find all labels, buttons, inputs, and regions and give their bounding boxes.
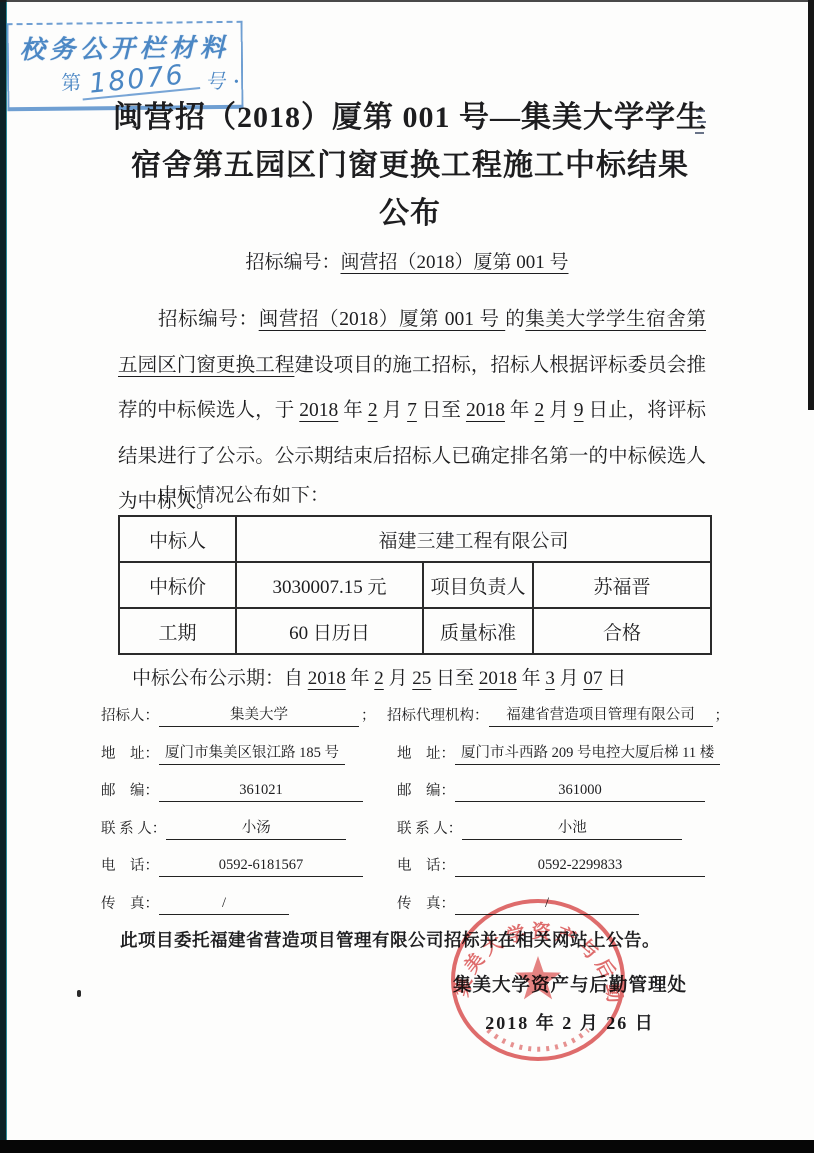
publicity-date-underlined: 2018: [308, 668, 346, 689]
contact-label: 招标人：: [101, 706, 159, 727]
contact-zip-left: 邮 编： 361021: [101, 780, 397, 802]
body-seg: 日至: [417, 400, 466, 421]
publicity-date-underlined: 2018: [479, 668, 517, 689]
stamp-number-prefix: 第: [61, 66, 81, 95]
contact-value: 厦门市斗西路 209 号电控大厦后梯 11 楼: [455, 743, 720, 765]
contact-label: 联 系 人：: [397, 819, 462, 840]
contact-row: 招标人： 集美大学 ； 招标代理机构： 福建省营造项目管理有限公司 ；: [101, 705, 729, 727]
stamp-dot: ·: [233, 71, 240, 94]
body-seg: 年: [505, 400, 535, 421]
scan-edge-bottom: [0, 1140, 814, 1153]
announce-line: 中标情况公布如下：: [158, 480, 329, 507]
publicity-date-underlined: 07: [583, 668, 602, 689]
seal-star-icon: [515, 956, 561, 999]
publicity-date-underlined: 3: [545, 668, 555, 689]
winner-label-cell: 中标人: [119, 516, 236, 562]
official-seal: 集美大学资产与后勤管理处: [446, 896, 630, 1066]
contact-value: 361021: [159, 780, 363, 802]
contact-agency: 招标代理机构： 福建省营造项目管理有限公司 ；: [387, 705, 729, 727]
body-date-underlined: 2018: [299, 400, 338, 421]
registry-stamp-number-line: 第 18076 号 ·: [9, 65, 241, 96]
contact-value: 福建省营造项目管理有限公司: [489, 705, 713, 727]
publicity-seg: 月: [384, 668, 413, 689]
scan-edge-top: [0, 0, 814, 2]
publicity-date-underlined: 2: [374, 668, 384, 689]
contact-value: 0592-2299833: [455, 855, 705, 877]
table-row-price: 中标价 3030007.15 元 项目负责人 苏福晋: [119, 562, 711, 608]
publicity-seg: 中标公布公示期：自: [132, 668, 308, 689]
body-seg: 月: [378, 400, 408, 421]
contact-person-left: 联 系 人： 小汤: [101, 818, 397, 840]
body-date-underlined: 2018: [466, 400, 505, 421]
body-seg-underlined: 闽营招（2018）厦第 001 号: [259, 309, 506, 330]
contact-suffix: ；: [361, 706, 376, 727]
seal-bottom-marks: [488, 1030, 588, 1049]
contact-fax-left: 传 真： /: [101, 893, 397, 915]
duration-value-cell: 60 日历日: [236, 608, 423, 654]
contact-value: 小汤: [166, 818, 346, 840]
contact-label: 传 真：: [101, 894, 159, 915]
contacts-section: 招标人： 集美大学 ； 招标代理机构： 福建省营造项目管理有限公司 ； 地 址：…: [101, 705, 729, 930]
contact-value: /: [159, 893, 289, 915]
price-value-cell: 3030007.15 元: [236, 562, 423, 608]
pm-value-cell: 苏福晋: [533, 562, 711, 608]
contact-tenderer: 招标人： 集美大学 ；: [101, 705, 387, 727]
quality-value-cell: 合格: [533, 608, 711, 654]
contact-row: 传 真： / 传 真： /: [101, 893, 729, 915]
contact-label: 邮 编：: [397, 781, 455, 802]
body-date-underlined: 7: [407, 400, 417, 421]
publicity-seg: 日至: [431, 668, 479, 689]
tender-number-value: 闽营招（2018）厦第 001 号: [341, 252, 569, 273]
body-date-underlined: 2: [535, 400, 545, 421]
title-line-3: 公布: [60, 190, 760, 238]
body-date-underlined: 9: [574, 400, 584, 421]
publicity-seg: 年: [517, 668, 546, 689]
body-date-underlined: 2: [368, 400, 378, 421]
winner-value-cell: 福建三建工程有限公司: [236, 516, 711, 562]
contact-label: 电 话：: [101, 856, 159, 877]
body-seg: 年: [338, 400, 368, 421]
contact-row: 地 址： 厦门市集美区银江路 185 号 地 址： 厦门市斗西路 209 号电控…: [101, 743, 729, 765]
stamp-number-suffix: 号: [205, 65, 225, 94]
contact-row: 联 系 人： 小汤 联 系 人： 小池: [101, 818, 729, 840]
contact-address-left: 地 址： 厦门市集美区银江路 185 号: [101, 743, 397, 765]
tender-number-line: 招标编号：闽营招（2018）厦第 001 号: [0, 247, 814, 274]
title-line-1: 闽营招（2018）厦第 001 号—集美大学学生: [60, 94, 760, 142]
contact-value: 集美大学: [159, 705, 359, 727]
contact-suffix: ；: [715, 706, 730, 727]
contact-phone-left: 电 话： 0592-6181567: [101, 855, 397, 877]
contact-address-right: 地 址： 厦门市斗西路 209 号电控大厦后梯 11 楼: [397, 743, 729, 765]
contact-row: 电 话： 0592-6181567 电 话： 0592-2299833: [101, 855, 729, 877]
contact-value: 厦门市集美区银江路 185 号: [159, 743, 345, 765]
contact-label: 联 系 人：: [101, 819, 166, 840]
contact-value: 0592-6181567: [159, 855, 363, 877]
contact-label: 地 址：: [397, 744, 455, 765]
results-table: 中标人 福建三建工程有限公司 中标价 3030007.15 元 项目负责人 苏福…: [118, 515, 712, 655]
publicity-seg: 年: [346, 668, 375, 689]
table-row-winner: 中标人 福建三建工程有限公司: [119, 516, 711, 562]
contact-phone-right: 电 话： 0592-2299833: [397, 855, 729, 877]
contact-person-right: 联 系 人： 小池: [397, 818, 729, 840]
scan-edge-left: [0, 0, 7, 1153]
body-seg: 月: [544, 400, 574, 421]
body-seg: 招标编号：: [158, 309, 259, 330]
duration-label-cell: 工期: [119, 608, 236, 654]
contact-label: 邮 编：: [101, 781, 159, 802]
seal-rim-text: 集美大学资产与后勤管理处: [446, 896, 627, 1008]
page-title: 闽营招（2018）厦第 001 号—集美大学学生 宿舍第五园区门窗更换工程施工中…: [60, 94, 760, 238]
scanned-document-page: 校务公开栏材料 第 18076 号 · 闽营招（2018）厦第 001 号—集美…: [0, 0, 814, 1153]
registry-stamp-title: 校务公开栏材料: [9, 28, 241, 66]
table-row-duration: 工期 60 日历日 质量标准 合格: [119, 608, 711, 654]
contact-label: 地 址：: [101, 744, 159, 765]
contact-row: 邮 编： 361021 邮 编： 361000: [101, 780, 729, 802]
contact-zip-right: 邮 编： 361000: [397, 780, 729, 802]
publicity-period-line: 中标公布公示期：自 2018 年 2 月 25 日至 2018 年 3 月 07…: [132, 663, 626, 690]
publicity-seg: 日: [602, 668, 626, 689]
price-label-cell: 中标价: [119, 562, 236, 608]
contact-label: 招标代理机构：: [387, 706, 489, 727]
publicity-seg: 月: [555, 668, 584, 689]
body-seg: 的: [505, 309, 525, 330]
quality-label-cell: 质量标准: [423, 608, 533, 654]
scan-speck: [77, 990, 81, 997]
contact-label: 电 话：: [397, 856, 455, 877]
publicity-date-underlined: 25: [412, 668, 431, 689]
pm-label-cell: 项目负责人: [423, 562, 533, 608]
contact-value: 361000: [455, 780, 705, 802]
tender-number-label: 招标编号：: [245, 252, 340, 273]
contact-value: 小池: [462, 818, 682, 840]
scan-edge-right: [808, 0, 814, 410]
title-line-2: 宿舍第五园区门窗更换工程施工中标结果: [60, 142, 760, 190]
